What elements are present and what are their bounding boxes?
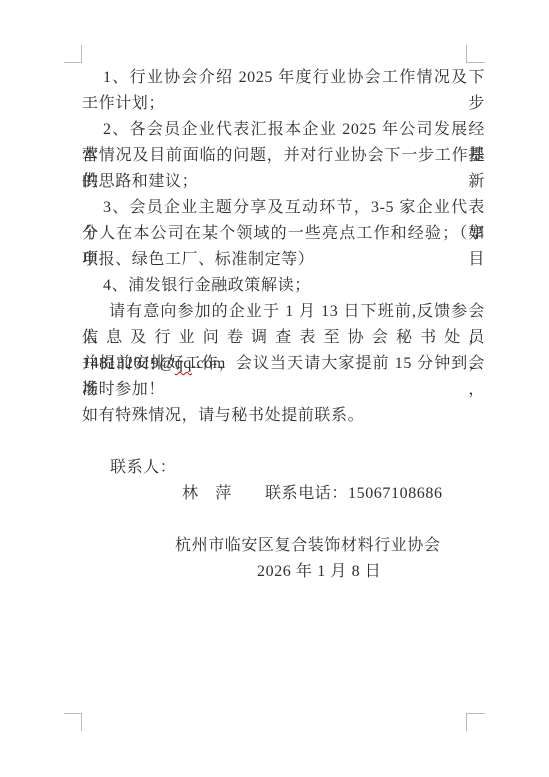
document-line: 2026 年 1 月 8 日 xyxy=(82,559,485,585)
document-line xyxy=(82,507,485,533)
document-line: 个人在本公司在某个领域的一些亮点工作和经验；（如项目 xyxy=(82,221,485,247)
document-body[interactable]: 1、行业协会介绍 2025 年度行业协会工作情况及下一步工作计划；2、各会员企业… xyxy=(82,65,485,585)
document-line xyxy=(82,429,485,455)
document-line: 2、各会员企业代表汇报本企业 2025 年公司发展经营基 xyxy=(82,117,485,143)
document-line: 本情况及目前面临的问题，并对行业协会下一步工作提供新 xyxy=(82,143,485,169)
document-line: 1、行业协会介绍 2025 年度行业协会工作情况及下一步 xyxy=(82,65,485,91)
document-line: 4、浦发银行金融政策解读； xyxy=(82,273,485,299)
cropmark-top-right-icon xyxy=(466,45,485,63)
document-line: 并提前安排好工作，会议当天请大家提前 15 分钟到会场， xyxy=(82,351,485,377)
cropmark-top-left-icon xyxy=(64,45,82,63)
document-line: 3、会员企业主题分享及互动环节，3-5 家企业代表分享 xyxy=(82,195,485,221)
document-line: 林 萍 联系电话：15067108686 xyxy=(82,481,485,507)
document-line: 请有意向参加的企业于 1 月 13 日下班前,反馈参会人员 xyxy=(82,299,485,325)
cropmark-bottom-left-icon xyxy=(64,713,82,731)
document-line: 联系人： xyxy=(82,455,485,481)
document-line: 信息及行业问卷调查表至协会秘书处， 148132019@qq.com， xyxy=(82,325,485,351)
document-page[interactable]: { "page": { "background": "#ffffff", "cr… xyxy=(0,0,549,777)
document-line: 如有特殊情况，请与秘书处提前联系。 xyxy=(82,403,485,429)
document-line: 杭州市临安区复合装饰材料行业协会 xyxy=(82,533,485,559)
cropmark-bottom-right-icon xyxy=(466,713,485,731)
